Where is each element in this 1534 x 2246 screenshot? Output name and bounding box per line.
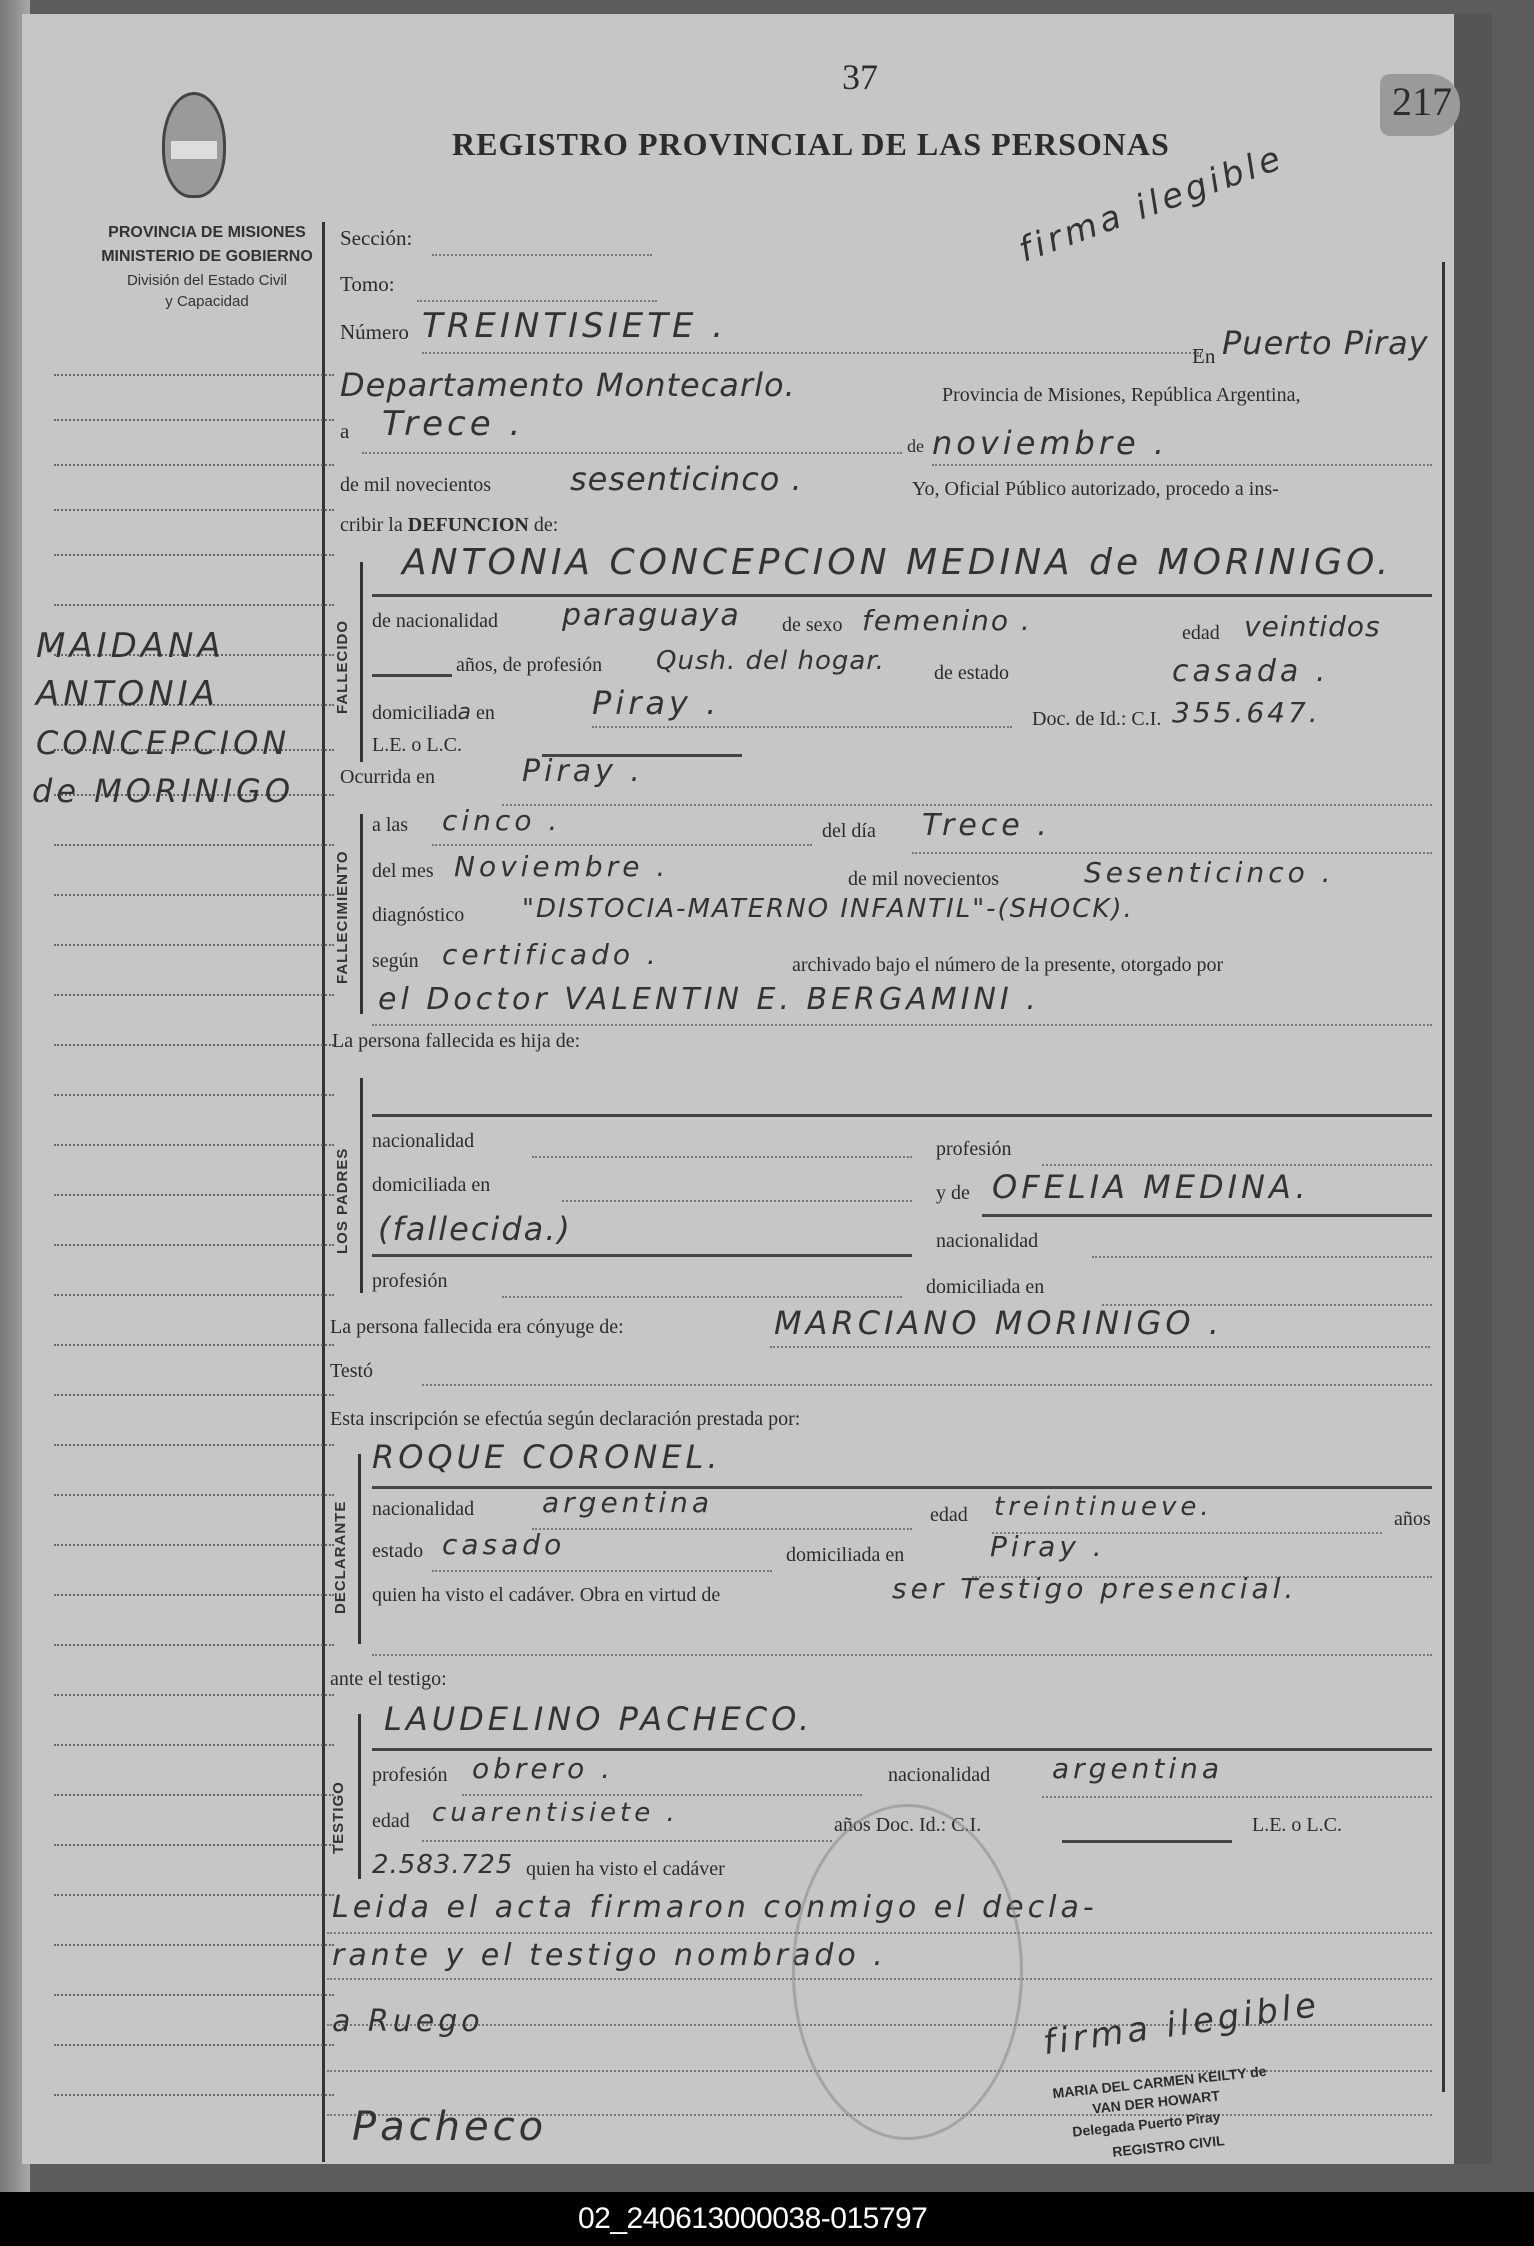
medico-field (372, 1024, 1432, 1026)
domicilio-field (592, 726, 1012, 728)
margin-line (54, 1644, 334, 1646)
anios-blank-line (372, 674, 452, 677)
fallecimiento-anio-value: Sesenticinco . (1084, 856, 1335, 889)
margin-line (54, 1144, 334, 1146)
margin-line (54, 1694, 334, 1696)
declarante-domicilio-value: Piray . (990, 1530, 1106, 1563)
madre-nacionalidad-field (1092, 1256, 1432, 1258)
margin-line (54, 1044, 334, 1046)
fallecido-nombre: ANTONIA CONCEPCION MEDINA de MORINIGO. (402, 542, 1392, 583)
inscribir-text: cribir la DEFUNCION de: (340, 514, 558, 537)
declarante-visto-label: quien ha visto el cadáver. Obra en virtu… (372, 1584, 720, 1607)
segun-label: según (372, 950, 419, 973)
fallecimiento-dia-value: Trece . (922, 808, 1051, 843)
margin-line (54, 994, 334, 996)
dia-field (912, 852, 1432, 854)
margin-line (54, 1744, 334, 1746)
margin-line (54, 894, 334, 896)
margin-line (54, 2044, 334, 2046)
domicilio-en: en (476, 702, 495, 724)
testigo-nacionalidad-label: nacionalidad (888, 1764, 990, 1787)
ocurrida-label: Ocurrida en (340, 766, 435, 789)
testigo-edad-field (422, 1840, 832, 1842)
diagnostico-label: diagnóstico (372, 904, 464, 927)
declarante-nacionalidad-value: argentina (542, 1486, 713, 1519)
archivado-text: archivado bajo el número de la presente,… (792, 954, 1223, 977)
testigo-section-label: TESTIGO (330, 1781, 347, 1854)
issuer-line4: y Capacidad (62, 293, 352, 310)
margin-line (54, 604, 334, 606)
declarante-anios-label: años (1394, 1508, 1431, 1531)
margin-line (54, 1794, 334, 1796)
fallecido-rule (360, 562, 363, 762)
margin-line (54, 1544, 334, 1546)
dia-value: Trece . (382, 404, 524, 444)
testigo-doc-line (1062, 1840, 1232, 1843)
padres-section-label: LOS PADRES (334, 1148, 351, 1254)
padre-nota: (fallecida.) (378, 1210, 572, 1248)
madre-nacionalidad-label: nacionalidad (936, 1230, 1038, 1253)
testigo-profesion-field (462, 1794, 862, 1796)
margin-line (54, 1294, 334, 1296)
right-column-rule (1442, 262, 1445, 2092)
declarante-nombre-line (372, 1486, 1432, 1489)
oficial-text: Yo, Oficial Público autorizado, procedo … (912, 478, 1279, 501)
padre-nacionalidad-label: nacionalidad (372, 1130, 474, 1153)
margin-line (54, 1094, 334, 1096)
margin-line (54, 844, 334, 846)
margin-line (54, 2094, 334, 2096)
register-page: 37 217 PROVINCIA DE MISIONES MINISTERIO … (22, 14, 1492, 2164)
testigo-edad-value: cuarentisiete . (432, 1798, 679, 1828)
diagnostico-value: "DISTOCIA-MATERNO INFANTIL"-(SHOCK). (522, 894, 1134, 924)
seccion-field (432, 254, 652, 256)
declarante-rule (358, 1454, 361, 1644)
testo-label: Testó (330, 1360, 373, 1383)
margin-line (54, 509, 334, 511)
en-label: En (1192, 344, 1215, 369)
anios-profesion-label: años, de profesión (456, 654, 602, 677)
fallecimiento-mes-value: Noviembre . (454, 850, 669, 883)
estado-label: de estado (934, 662, 1009, 685)
hora-label: a las (372, 814, 408, 837)
tomo-field (417, 300, 657, 302)
conyuge-field (770, 1346, 1430, 1348)
padre-nombre-line (372, 1114, 1432, 1117)
padre-domicilio-field (562, 1200, 912, 1202)
conyuge-value: MARCIANO MORINIGO . (774, 1304, 1223, 1342)
margin-line (54, 374, 334, 376)
inscribir-prefix: cribir la (340, 514, 403, 536)
declarante-nacionalidad-field (532, 1528, 912, 1530)
margin-line (54, 1394, 334, 1396)
issuer-line3: División del Estado Civil (62, 272, 352, 289)
margin-line (54, 1244, 334, 1246)
declaracion-intro: Esta inscripción se efectúa según declar… (330, 1408, 800, 1431)
tomo-label: Tomo: (340, 272, 395, 297)
main-column-rule (322, 222, 325, 2162)
margin-line (54, 1494, 334, 1496)
declarante-nombre: ROQUE CORONEL. (372, 1438, 722, 1476)
sexo-label: de sexo (782, 614, 843, 637)
testigo-le-value: 2.583.725 (372, 1850, 513, 1880)
folio-number: 37 (842, 56, 878, 98)
margin-line (54, 1444, 334, 1446)
numero-value: TREINTISIETE . (422, 306, 727, 346)
profesion-value: Qush. del hogar. (656, 646, 885, 676)
margin-line (54, 1344, 334, 1346)
dia-field (362, 452, 902, 454)
declarante-section-label: DECLARANTE (332, 1501, 349, 1614)
declarante-estado-label: estado (372, 1540, 423, 1563)
mil-label: de mil novecientos (340, 474, 491, 497)
declarante-extra-field (372, 1654, 1432, 1656)
defuncion-de: de: (534, 514, 558, 536)
domicilio-prefix: domiciliad (372, 702, 458, 724)
segun-value: certificado . (442, 938, 660, 971)
ocurrida-value: Piray . (522, 754, 644, 789)
madre-nombre: OFELIA MEDINA. (992, 1168, 1310, 1206)
margin-note-line4: de MORINIGO (32, 772, 294, 810)
declarante-domicilio-label: domiciliada en (786, 1544, 904, 1567)
nacionalidad-label: de nacionalidad (372, 610, 498, 633)
margin-line (54, 1994, 334, 1996)
testigo-le-label: L.E. o L.C. (1252, 1814, 1342, 1837)
de-label: de (907, 436, 924, 457)
mes-field (932, 464, 1432, 466)
madre-profesion-field (502, 1296, 902, 1298)
testigo-profesion-label: profesión (372, 1764, 448, 1787)
ocurrida-field (502, 804, 1432, 806)
fallecimiento-section-label: FALLECIMIENTO (334, 850, 351, 984)
estado-value: casada . (1172, 654, 1329, 689)
domicilio-label: domiciliada en (372, 700, 495, 725)
testigo-nombre-line (372, 1748, 1432, 1751)
declarante-visto-value: ser Testigo presencial. (892, 1572, 1297, 1605)
provincia-text: Provincia de Misiones, República Argenti… (942, 384, 1300, 407)
firma-testigo: Pacheco (352, 2104, 547, 2150)
testigo-edad-label: edad (372, 1810, 410, 1833)
madre-profesion-label: profesión (372, 1270, 448, 1293)
numero-field (422, 352, 1202, 354)
sexo-value: femenino . (862, 604, 1032, 637)
margin-line (54, 944, 334, 946)
hija-de-label: La persona fallecida es hija de: (332, 1030, 580, 1053)
y-de-label: y de (936, 1182, 970, 1205)
seccion-label: Sección: (340, 226, 412, 251)
testigo-nacionalidad-value: argentina (1052, 1752, 1223, 1785)
margin-line (54, 1894, 334, 1896)
issuer-line2: MINISTERIO DE GOBIERNO (62, 248, 352, 266)
margin-note-line2: ANTONIA (36, 674, 219, 714)
conyuge-label: La persona fallecida era cónyuge de: (330, 1316, 624, 1339)
fallecimiento-anio-label: de mil novecientos (848, 868, 999, 891)
ante-testigo-label: ante el testigo: (330, 1668, 447, 1691)
padre-profesion-label: profesión (936, 1138, 1012, 1161)
mes-label: del mes (372, 860, 434, 883)
margin-line (54, 1944, 334, 1946)
margin-note-line3: CONCEPCION (36, 724, 290, 762)
doc-label: Doc. de Id.: C.I. (1032, 708, 1161, 731)
doc-value: 355.647. (1172, 696, 1321, 729)
declarante-estado-field (432, 1570, 772, 1572)
hora-field (432, 844, 812, 846)
testigo-visto-label: quien ha visto el cadáver (526, 1858, 725, 1881)
scan-id-bar: 02_240613000038-015797 (0, 2192, 1534, 2246)
declarante-estado-value: casado (442, 1528, 565, 1561)
fallecido-section-label: FALLECIDO (334, 620, 351, 714)
declarante-edad-label: edad (930, 1504, 968, 1527)
numero-label: Número (340, 320, 409, 345)
padres-rule (360, 1078, 363, 1293)
domicilio-value: Piray . (592, 684, 720, 722)
margin-line (54, 1844, 334, 1846)
testigo-profesion-value: obrero . (472, 1752, 614, 1785)
margin-line (54, 1594, 334, 1596)
padre-nacionalidad-field (532, 1156, 912, 1158)
le-label: L.E. o L.C. (372, 734, 462, 757)
padre-domicilio-label: domiciliada en (372, 1174, 490, 1197)
scan-id: 02_240613000038-015797 (578, 2202, 927, 2236)
margin-line (54, 1194, 334, 1196)
issuer-line1: PROVINCIA DE MISIONES (62, 224, 352, 242)
padre-nota-line (372, 1254, 912, 1257)
madre-nombre-line (982, 1214, 1432, 1217)
domicilio-suffix: a (458, 700, 471, 725)
official-stamp-icon (792, 1804, 1023, 2140)
testigo-nacionalidad-field (1042, 1796, 1432, 1798)
fallecimiento-rule (360, 814, 363, 1014)
anio-value: sesenticinco . (570, 460, 803, 498)
testigo-rule (358, 1714, 361, 1879)
departamento-value: Departamento Montecarlo. (340, 366, 796, 404)
mes-value: noviembre . (932, 424, 1168, 462)
margin-note-line1: MAIDANA (36, 626, 225, 666)
edad-value: veintidos (1244, 610, 1381, 643)
declarante-edad-value: treintinueve. (994, 1492, 1213, 1522)
edad-label: edad (1182, 622, 1220, 645)
sello-oficial-line4: REGISTRO CIVIL (1111, 2132, 1225, 2160)
a-label: a (340, 419, 349, 444)
medico-value: el Doctor VALENTIN E. BERGAMINI . (378, 982, 1040, 1017)
sheet-number: 217 (1392, 78, 1452, 125)
testigo-nombre: LAUDELINO PACHECO. (384, 1700, 813, 1738)
firma-declarante: a Ruego (332, 2004, 484, 2039)
en-value: Puerto Piray (1222, 324, 1429, 362)
padre-profesion-field (1042, 1164, 1432, 1166)
hora-value: cinco . (442, 804, 561, 837)
fallecido-nombre-line (372, 594, 1432, 597)
defuncion-word: DEFUNCION (408, 514, 529, 536)
declarante-nacionalidad-label: nacionalidad (372, 1498, 474, 1521)
firma-oficial: firma ilegible (1041, 1985, 1323, 2063)
nacionalidad-value: paraguaya (562, 598, 741, 633)
document-title: REGISTRO PROVINCIAL DE LAS PERSONAS (452, 126, 1170, 163)
dia-label: del día (822, 820, 876, 843)
testo-field (422, 1384, 1432, 1386)
margin-line (54, 419, 334, 421)
margin-line (54, 464, 334, 466)
madre-domicilio-label: domiciliada en (926, 1276, 1044, 1299)
coat-of-arms-icon (162, 92, 226, 198)
issuer-block: PROVINCIA DE MISIONES MINISTERIO DE GOBI… (62, 224, 352, 310)
margin-line (54, 554, 334, 556)
